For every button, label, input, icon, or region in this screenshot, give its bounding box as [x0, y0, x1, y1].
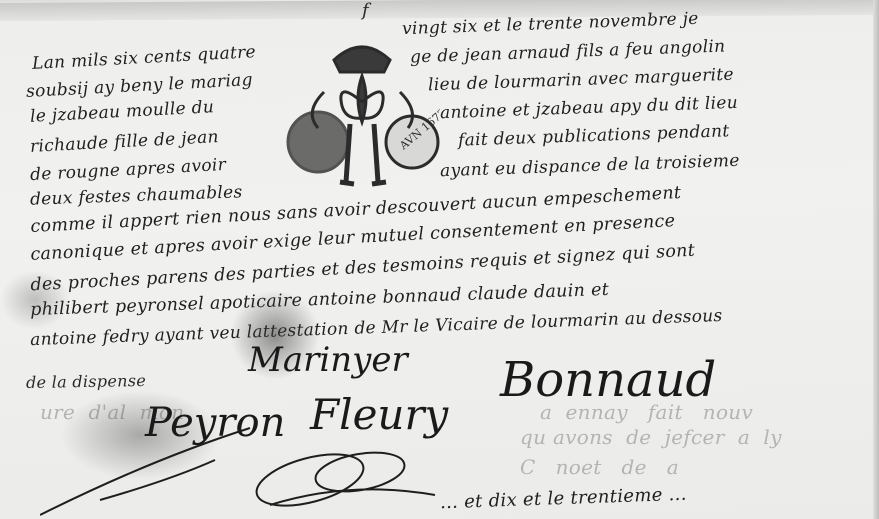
text-line: richaude fille de jean — [30, 127, 220, 157]
folio-mark: f — [362, 0, 369, 21]
bleed-through-text: C noet de a — [520, 455, 679, 479]
signature-fleury: Fleury — [310, 390, 448, 439]
document-page: a ennay fait nouv qu avons de jefcer a l… — [0, 0, 879, 519]
text-line: le jzabeau moulle du — [30, 97, 215, 127]
bleed-through-text: qu avons de jefcer a ly — [520, 425, 782, 449]
text-line: fait deux publications pendant — [458, 121, 730, 150]
text-line: antoine et jzabeau apy du dit lieu — [440, 93, 739, 123]
signature-flourish-icon — [250, 440, 440, 510]
text-line: ayant eu dispance de la troisieme — [440, 151, 740, 181]
text-line: de rougne apres avoir — [30, 155, 227, 185]
text-line: ge de jean arnaud fils a feu angolin — [410, 37, 726, 68]
signature-flourish-icon — [40, 420, 260, 519]
text-line: lieu de lourmarin avec marguerite — [428, 65, 734, 96]
signature-bonnaud: Bonnaud — [500, 352, 716, 408]
ink-smudge — [0, 270, 70, 330]
text-line: soubsij ay beny le mariag — [26, 70, 254, 102]
page-edge — [873, 0, 879, 519]
text-line: deux festes chaumables — [30, 182, 243, 209]
text-line: de la dispense — [26, 371, 146, 392]
fleur-de-lis-seal-icon: AVN 1672 — [284, 32, 440, 192]
text-line: Lan mils six cents quatre — [32, 42, 257, 74]
next-entry-fragment: ... et dix et le trentieme ... — [440, 484, 687, 514]
signature-marinyer: Marinyer — [248, 340, 408, 380]
